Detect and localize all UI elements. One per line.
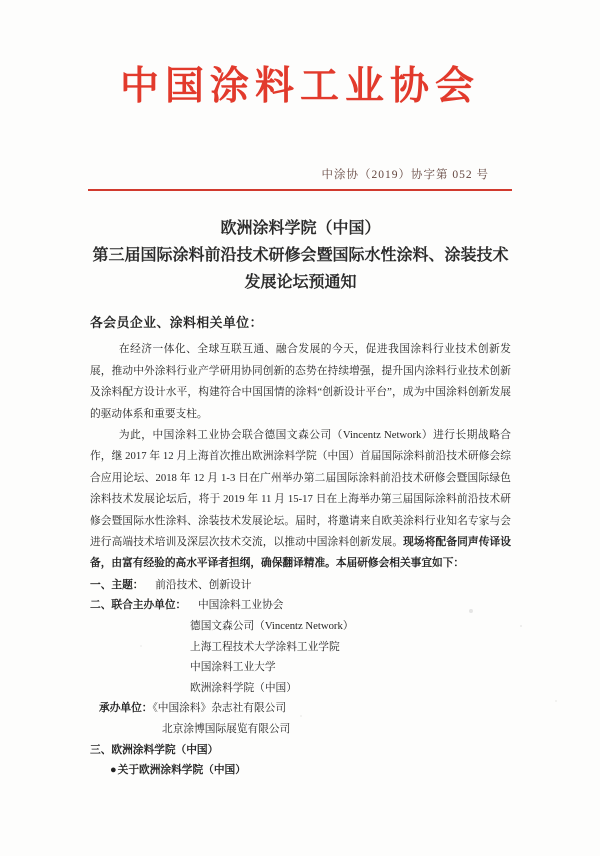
organizer-item: 上海工程技术大学涂料工业学院: [90, 637, 511, 658]
eci-bullet-text: 关于欧洲涂料学院（中国）: [118, 764, 246, 776]
organizer-item: 中国涂料工业大学: [90, 657, 511, 678]
organizer-item: 德国文森公司（Vincentz Network）: [90, 616, 511, 637]
paragraph-announcement-text: 为此，中国涂料工业协会联合德国文森公司（Vincentz Network）进行长…: [90, 429, 511, 548]
red-divider-rule: [88, 189, 512, 191]
doc-title-line-1: 欧洲涂料学院（中国）: [87, 215, 514, 242]
salutation: 各会员企业、涂料相关单位：: [90, 313, 511, 334]
organizer-item: 中国涂料工业协会: [198, 599, 284, 611]
undertaker-row: 承办单位：《中国涂料》杂志社有限公司: [90, 698, 511, 719]
bullet-icon: ●: [110, 764, 117, 776]
document-body: 各会员企业、涂料相关单位： 在经济一体化、全球互联互通、融合发展的今天，促进我国…: [90, 313, 511, 781]
paragraph-announcement: 为此，中国涂料工业协会联合德国文森公司（Vincentz Network）进行长…: [90, 425, 511, 575]
doc-title: 欧洲涂料学院（中国） 第三届国际涂料前沿技术研修会暨国际水性涂料、涂装技术 发展…: [87, 215, 514, 296]
doc-number: 中涂协（2019）协字第 052 号: [90, 166, 511, 182]
letterhead-org-title: 中国涂料工业协会: [0, 64, 600, 110]
section-theme-value: 前沿技术、创新设计: [155, 579, 251, 591]
organizer-item: 欧洲涂料学院（中国）: [90, 678, 511, 699]
doc-title-line-3: 发展论坛预通知: [87, 269, 514, 296]
undertaker-item: 北京涂博国际展览有限公司: [90, 719, 511, 740]
eci-bullet-row: ●关于欧洲涂料学院（中国）: [90, 760, 511, 781]
document-page: 中国涂料工业协会 中涂协（2019）协字第 052 号 欧洲涂料学院（中国） 第…: [0, 0, 600, 856]
paragraph-intro: 在经济一体化、全球互联互通、融合发展的今天，促进我国涂料行业技术创新发展，推动中…: [90, 339, 511, 425]
doc-title-line-2: 第三届国际涂料前沿技术研修会暨国际水性涂料、涂装技术: [87, 242, 514, 269]
section-organizers: 二、联合主办单位：中国涂料工业协会: [90, 595, 511, 616]
undertaker-label: 承办单位：: [99, 702, 152, 714]
undertaker-item: 《中国涂料》杂志社有限公司: [152, 702, 286, 714]
section-theme: 一、主题：前沿技术、创新设计: [90, 575, 511, 596]
section-eci: 三、欧洲涂料学院（中国）: [90, 740, 511, 761]
section-organizers-label: 二、联合主办单位：: [90, 599, 186, 611]
scan-speckles: [0, 0, 2, 2]
section-theme-label: 一、主题：: [90, 579, 143, 591]
